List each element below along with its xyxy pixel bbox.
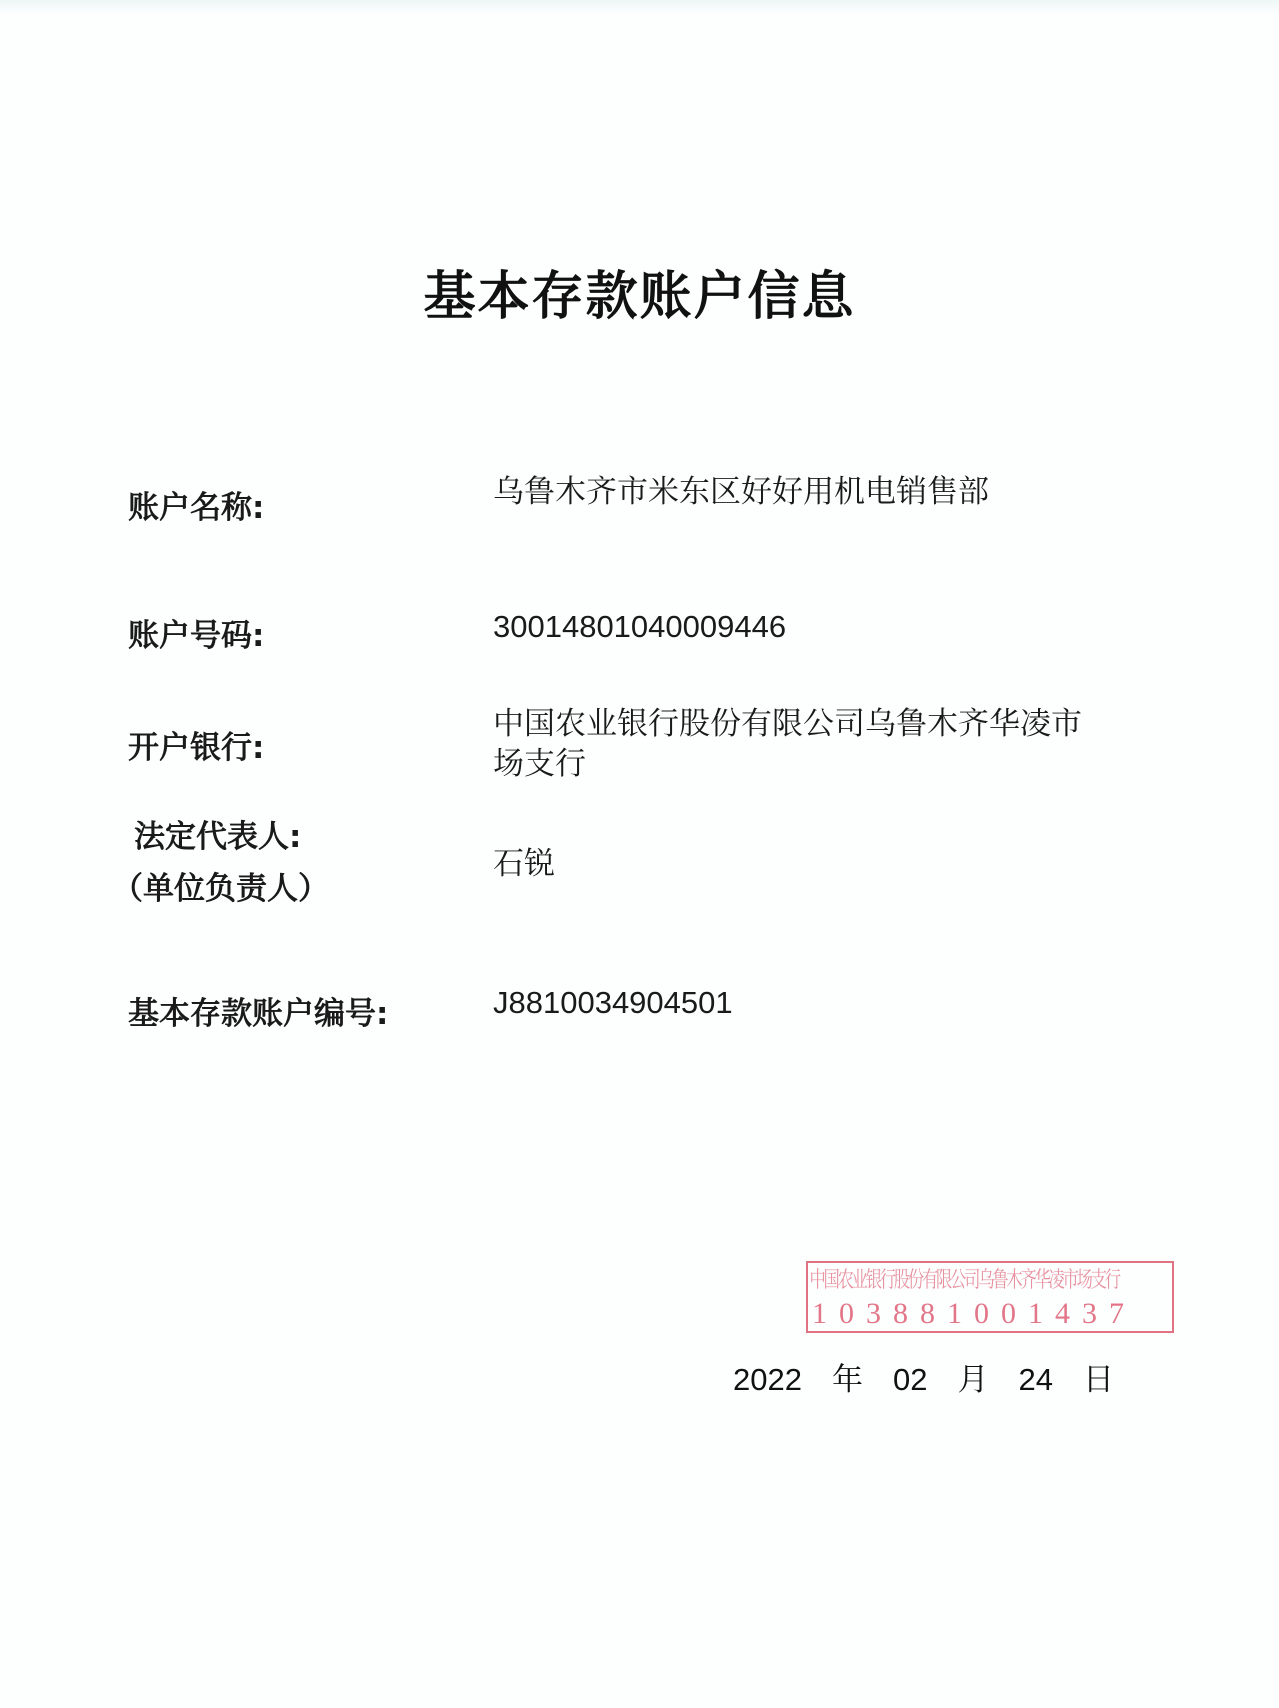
date-month: 02 — [893, 1362, 927, 1398]
date-year-unit: 年 — [832, 1354, 863, 1399]
bank-label: 开户银行: — [128, 722, 264, 767]
date-day-unit: 日 — [1083, 1354, 1114, 1399]
scan-edge — [0, 0, 1279, 14]
account-number-label: 账户号码: — [128, 610, 264, 655]
page-title: 基本存款账户信息 — [0, 254, 1279, 329]
bank-stamp: 中国农业银行股份有限公司乌鲁木齐华凌市场支行 103881001437 — [806, 1261, 1174, 1333]
basic-account-id-value: J8810034904501 — [493, 985, 733, 1021]
account-number-value: 30014801040009446 — [493, 609, 786, 645]
date-year: 2022 — [733, 1362, 802, 1398]
account-name-value: 乌鲁木齐市米东区好好用机电销售部 — [493, 466, 989, 511]
stamp-bank-name: 中国农业银行股份有限公司乌鲁木齐华凌市场支行 — [808, 1263, 1165, 1297]
account-name-label: 账户名称: — [128, 482, 264, 527]
bank-value-line1: 中国农业银行股份有限公司乌鲁木齐华凌市 — [493, 698, 1082, 743]
date-day: 24 — [1018, 1362, 1052, 1398]
stamp-code: 103881001437 — [808, 1297, 1172, 1331]
legal-rep-value: 石锐 — [493, 838, 555, 883]
bank-value-line2: 场支行 — [493, 738, 586, 783]
legal-rep-label: 法定代表人: — [134, 811, 301, 856]
basic-account-id-label: 基本存款账户编号: — [128, 988, 388, 1033]
issue-date: 2022年02月24日 — [733, 1354, 1114, 1399]
legal-rep-sublabel: （单位负责人） — [112, 863, 329, 908]
date-month-unit: 月 — [957, 1354, 988, 1399]
